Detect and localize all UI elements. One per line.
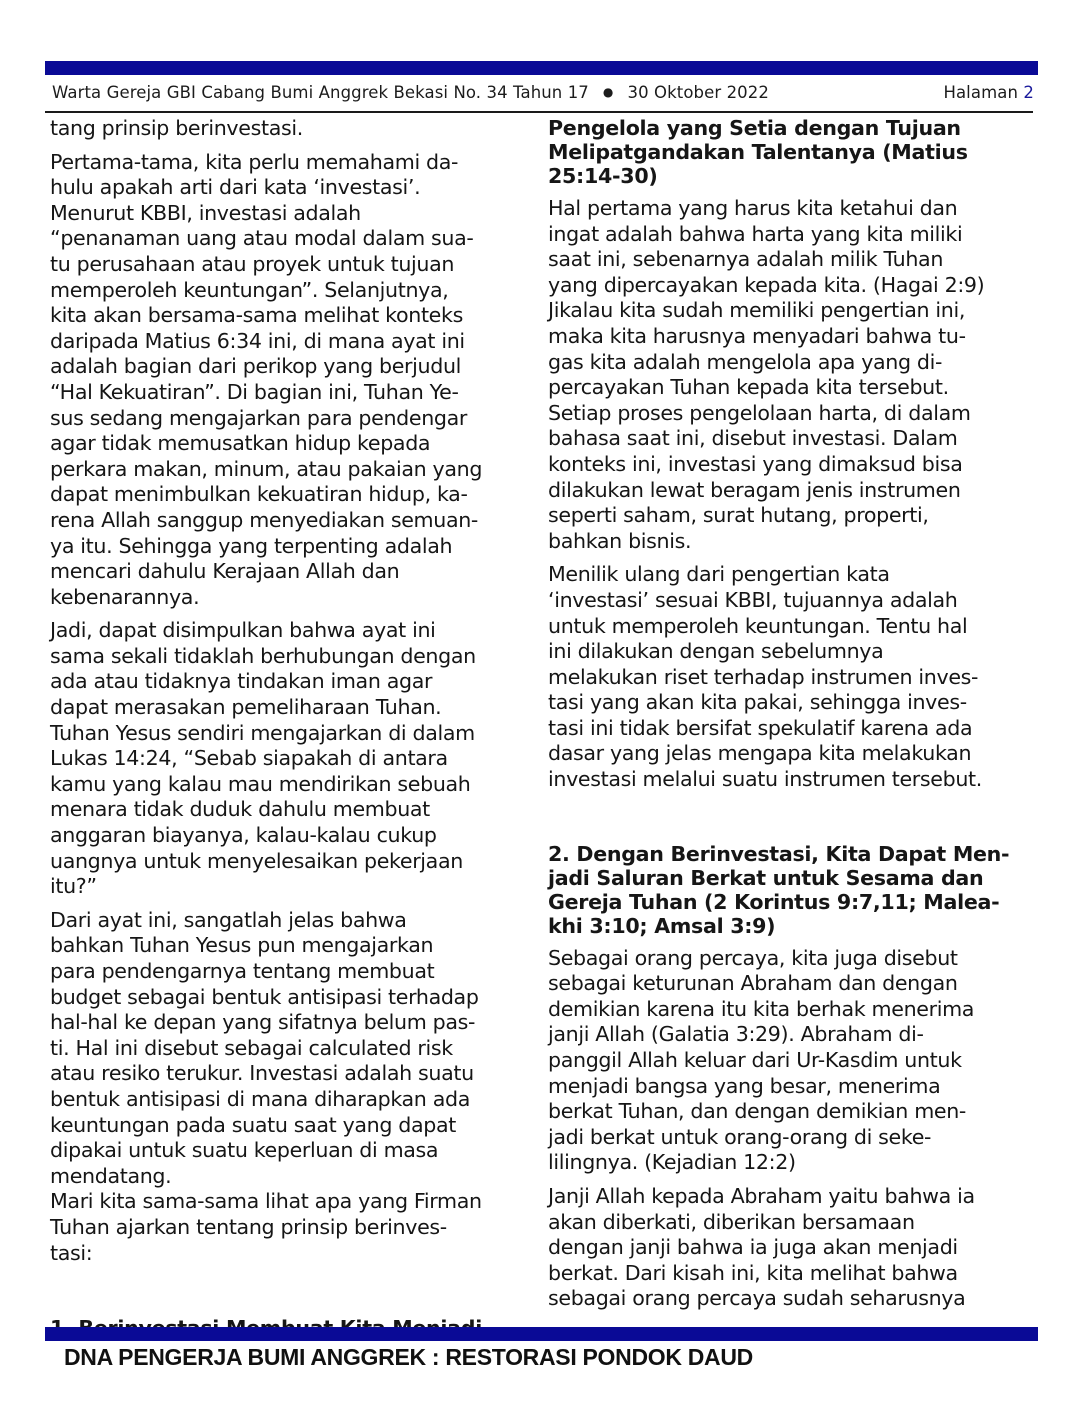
- paragraph: Jadi, dapat disimpulkan bahwa ayat ini s…: [50, 618, 536, 900]
- header-blue-bar: [45, 61, 1038, 75]
- paragraph: Mari kita sama-sama lihat apa yang Firma…: [50, 1189, 536, 1266]
- footer-blue-bar: [45, 1327, 1038, 1341]
- issue-date: 30 Oktober 2022: [627, 83, 769, 102]
- spacer: [50, 1274, 536, 1316]
- paragraph: Pertama-tama, kita perlu memahami da- hu…: [50, 150, 536, 611]
- paragraph: Janji Allah kepada Abraham yaitu bahwa i…: [548, 1184, 1034, 1312]
- bullet-separator-icon: ●: [603, 85, 614, 99]
- footer-slogan: DNA PENGERJA BUMI ANGGREK : RESTORASI PO…: [64, 1344, 753, 1371]
- paragraph: Hal pertama yang harus kita ketahui dan …: [548, 196, 1034, 554]
- section-heading-1-continued: Pengelola yang Setia dengan Tujuan Melip…: [548, 116, 1034, 188]
- left-column: tang prinsip berinvestasi. Pertama-tama,…: [50, 116, 536, 1348]
- header-divider: [45, 111, 1033, 113]
- page-header: Warta Gereja GBI Cabang Bumi Anggrek Bek…: [52, 80, 1034, 108]
- header-publication-info: Warta Gereja GBI Cabang Bumi Anggrek Bek…: [52, 83, 769, 102]
- page-label: Halaman: [943, 83, 1018, 102]
- right-column: Pengelola yang Setia dengan Tujuan Melip…: [548, 116, 1034, 1320]
- paragraph: Menilik ulang dari pengertian kata ‘inve…: [548, 562, 1034, 792]
- spacer: [548, 801, 1034, 842]
- page-number: 2: [1023, 83, 1034, 102]
- paragraph: Sebagai orang percaya, kita juga disebut…: [548, 946, 1034, 1176]
- paragraph: tang prinsip berinvestasi.: [50, 116, 536, 142]
- publication-title: Warta Gereja GBI Cabang Bumi Anggrek Bek…: [52, 83, 589, 102]
- paragraph: Dari ayat ini, sangatlah jelas bahwa bah…: [50, 908, 536, 1190]
- section-heading-2: 2. Dengan Berinvestasi, Kita Dapat Men- …: [548, 842, 1034, 938]
- page-indicator: Halaman 2: [943, 83, 1034, 102]
